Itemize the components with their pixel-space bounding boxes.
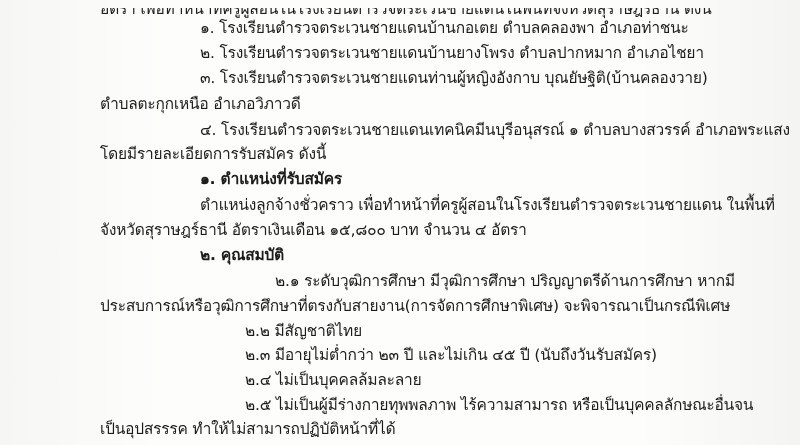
qualification-2-5-continuation: เป็นอุปสรรรค ทำให้ไม่สามารถปฏิบัติหน้าที…	[100, 419, 395, 439]
scanned-document-page: อัตรา เพื่อทำหน้าที่ครูผู้สอนในโรงเรียนต…	[0, 0, 800, 445]
section-1-heading: ๑. ตำแหน่งที่รับสมัคร	[200, 169, 342, 189]
school-list-item-4: ๔. โรงเรียนตำรวจตระเวนชายแดนเทคนิคมีนบุร…	[200, 120, 790, 140]
school-list-item-3: ๓. โรงเรียนตำรวจตระเวนชายแดนท่านผู้หญิงอ…	[200, 68, 708, 88]
school-list-item-2: ๒. โรงเรียนตำรวจตระเวนชายแดนบ้านยางโพรง …	[200, 43, 704, 63]
intro-continuation-line: อัตรา เพื่อทำหน้าที่ครูผู้สอนในโรงเรียนต…	[100, 0, 712, 19]
school-list-item-3-continuation: ตำบลตะกุกเหนือ อำเภอวิภาวดี	[100, 94, 301, 114]
school-list-item-1: ๑. โรงเรียนตำรวจตระเวนชายแดนบ้านกอเตย ตำ…	[200, 18, 689, 38]
section-1-body-continuation: จังหวัดสุราษฎร์ธานี อัตราเงินเดือน ๑๕,๘๐…	[100, 220, 527, 240]
section-2-heading: ๒. คุณสมบัติ	[200, 245, 284, 265]
qualification-2-1: ๒.๑ ระดับวุฒิการศึกษา มีวุฒิการศึกษา ปริ…	[275, 271, 735, 291]
qualification-2-1-continuation: ประสบการณ์หรือวุฒิการศึกษาที่ตรงกับสายงา…	[100, 296, 730, 316]
qualification-2-3: ๒.๓ มีอายุไม่ต่ำกว่า ๒๓ ปี และไม่เกิน ๔๕…	[245, 345, 657, 365]
qualification-2-2: ๒.๒ มีสัญชาติไทย	[245, 321, 362, 341]
section-1-body: ตำแหน่งลูกจ้างชั่วคราว เพื่อทำหน้าที่ครู…	[200, 195, 775, 215]
details-intro-line: โดยมีรายละเอียดการรับสมัคร ดังนี้	[100, 144, 326, 164]
qualification-2-4: ๒.๔ ไม่เป็นบุคคลล้มละลาย	[245, 370, 421, 390]
qualification-2-5: ๒.๕ ไม่เป็นผู้มีร่างกายทุพพลภาพ ไร้ความส…	[245, 395, 753, 415]
